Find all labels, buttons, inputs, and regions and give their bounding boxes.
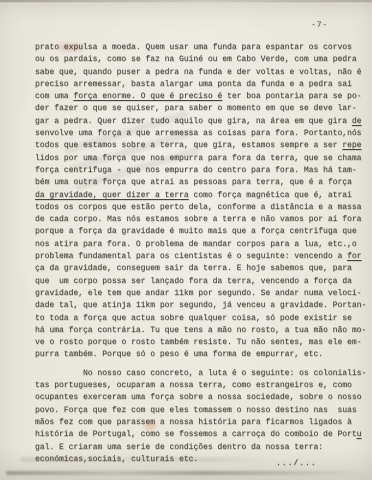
- text-line: nos atira para fora. O problema de manda…: [35, 239, 371, 251]
- text-line: da gravidade, quer dizer a terra como fo…: [35, 190, 371, 202]
- text-line: gal. E criaram uma serie de condições de…: [35, 442, 371, 454]
- page-number: -7-: [311, 20, 328, 30]
- text-line: ça da gravidade, conseguem sair da terra…: [35, 263, 371, 275]
- text-line: todos que estamos sobre a terra, que gir…: [35, 140, 371, 152]
- text-line: de cada corpo. Mas nós estamos sobre a t…: [35, 214, 371, 226]
- text-line: gravidade, ele tem que andar 11km por se…: [35, 288, 371, 300]
- scan-streak: [20, 457, 270, 462]
- text-line: há uma força contrária. Tu que tens a mã…: [35, 325, 371, 337]
- scan-streak-bottom: [6, 471, 366, 475]
- underlined-text: força enorme. O que é preciso é: [73, 92, 222, 101]
- text-line: dade tal, que atinja 11km por segundo, j…: [35, 300, 371, 312]
- text-line: porque a força da gravidade é muito mais…: [35, 226, 371, 238]
- text-line: tas portugueses, ocuparam a nossa terra,…: [35, 380, 371, 392]
- text-line: com uma força enorme. O que é preciso é …: [35, 91, 371, 103]
- text-line: No nosso caso concreto, a luta é o segui…: [35, 368, 371, 380]
- text-line: mãos fez com que parassem a nossa histór…: [35, 417, 371, 429]
- scan-edge-top: [0, 0, 372, 2]
- text-line: ocupantes exerceram uma força sobre a no…: [35, 392, 371, 404]
- paragraph: prato expulsa a moeda. Quem usar uma fun…: [35, 42, 371, 362]
- text-line: gar a pedra. Quer dizer tudo aquilo que …: [35, 116, 371, 128]
- text-line: lidos por uma força que nos empurra para…: [35, 153, 371, 165]
- text-line: problema fundamental para os cientistas …: [35, 251, 371, 263]
- underlined-text: de: [352, 117, 362, 126]
- text-line: senvolve uma força a que arremessa as co…: [35, 128, 371, 140]
- underlined-text: da gravidade, quer dizer a terra: [35, 191, 189, 200]
- text-line: ou os pardais, como se faz na Guiné ou e…: [35, 54, 371, 66]
- text-line: purra também. Porque só o peso é uma for…: [35, 349, 371, 361]
- text-line: bém uma outra força que atrai as pessoas…: [35, 177, 371, 189]
- paragraph: No nosso caso concreto, a luta é o segui…: [35, 368, 371, 466]
- continuation-mark: .../...: [276, 459, 317, 468]
- text-line: ve o rosto porque o rosto também resiste…: [35, 337, 371, 349]
- text-line: povo. Força que fez com que eles tomasse…: [35, 405, 371, 417]
- text-line: história de Portugal, como se fossemos a…: [35, 429, 371, 441]
- text-line: todos os corpos que estão perto dela, co…: [35, 202, 371, 214]
- typewritten-text-block: prato expulsa a moeda. Quem usar uma fun…: [35, 42, 371, 466]
- text-line: prato expulsa a moeda. Quem usar uma fun…: [35, 42, 371, 54]
- text-line: sabe que, quando puser a pedra na funda …: [35, 67, 371, 79]
- underlined-text: for: [347, 252, 361, 261]
- text-line: força centrifuga - que nos empurra do ce…: [35, 165, 371, 177]
- text-line: preciso arremessar, basta alargar uma po…: [35, 79, 371, 91]
- underlined-text: repe: [342, 141, 361, 150]
- text-line: to toda a força que actua sobre qualquer…: [35, 313, 371, 325]
- scanned-document-page: -7- prato expulsa a moeda. Quem usar uma…: [0, 0, 372, 480]
- text-line: der fazer o que se quiser, para saber o …: [35, 103, 371, 115]
- underlined-text: u: [357, 430, 362, 439]
- text-line: que um corpo possa ser lançado fora da t…: [35, 276, 371, 288]
